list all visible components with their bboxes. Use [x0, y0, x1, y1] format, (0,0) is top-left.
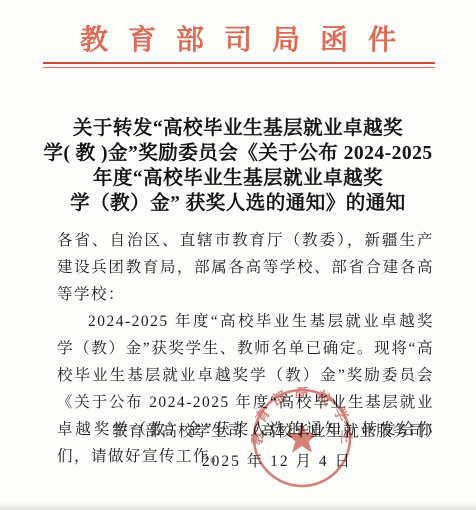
signature-block: 教育部高校学生司（高校毕业生就业服务司） 2025 年 12 月 4 日	[112, 419, 442, 471]
document-title: 关于转发“高校毕业生基层就业卓越奖 学( 教 )金”奖励委员会《关于公布 202…	[20, 116, 456, 216]
signature-department: 教育部高校学生司（高校毕业生就业服务司）	[112, 419, 442, 441]
letterhead-title: 教育部司局函件	[0, 18, 476, 58]
document-title-line: 关于转发“高校毕业生基层就业卓越奖	[20, 116, 456, 141]
letterhead-divider-line	[43, 62, 435, 68]
signature-date: 2025 年 12 月 4 日	[112, 449, 442, 471]
document-title-line: 学( 教 )金”奖励委员会《关于公布 2024-2025	[20, 141, 456, 166]
document-page: 教育部司局函件 关于转发“高校毕业生基层就业卓越奖 学( 教 )金”奖励委员会《…	[0, 0, 476, 510]
document-title-line: 学（教）金” 获奖人选的通知》的通知	[20, 191, 456, 216]
document-title-line: 年度“高校毕业生基层就业卓越奖	[20, 166, 456, 191]
recipients-paragraph: 各省、自治区、直辖市教育厅（教委），新疆生产建设兵团教育局，部属各高等学校、部省…	[57, 227, 434, 308]
scan-edge-shadow	[0, 502, 476, 510]
